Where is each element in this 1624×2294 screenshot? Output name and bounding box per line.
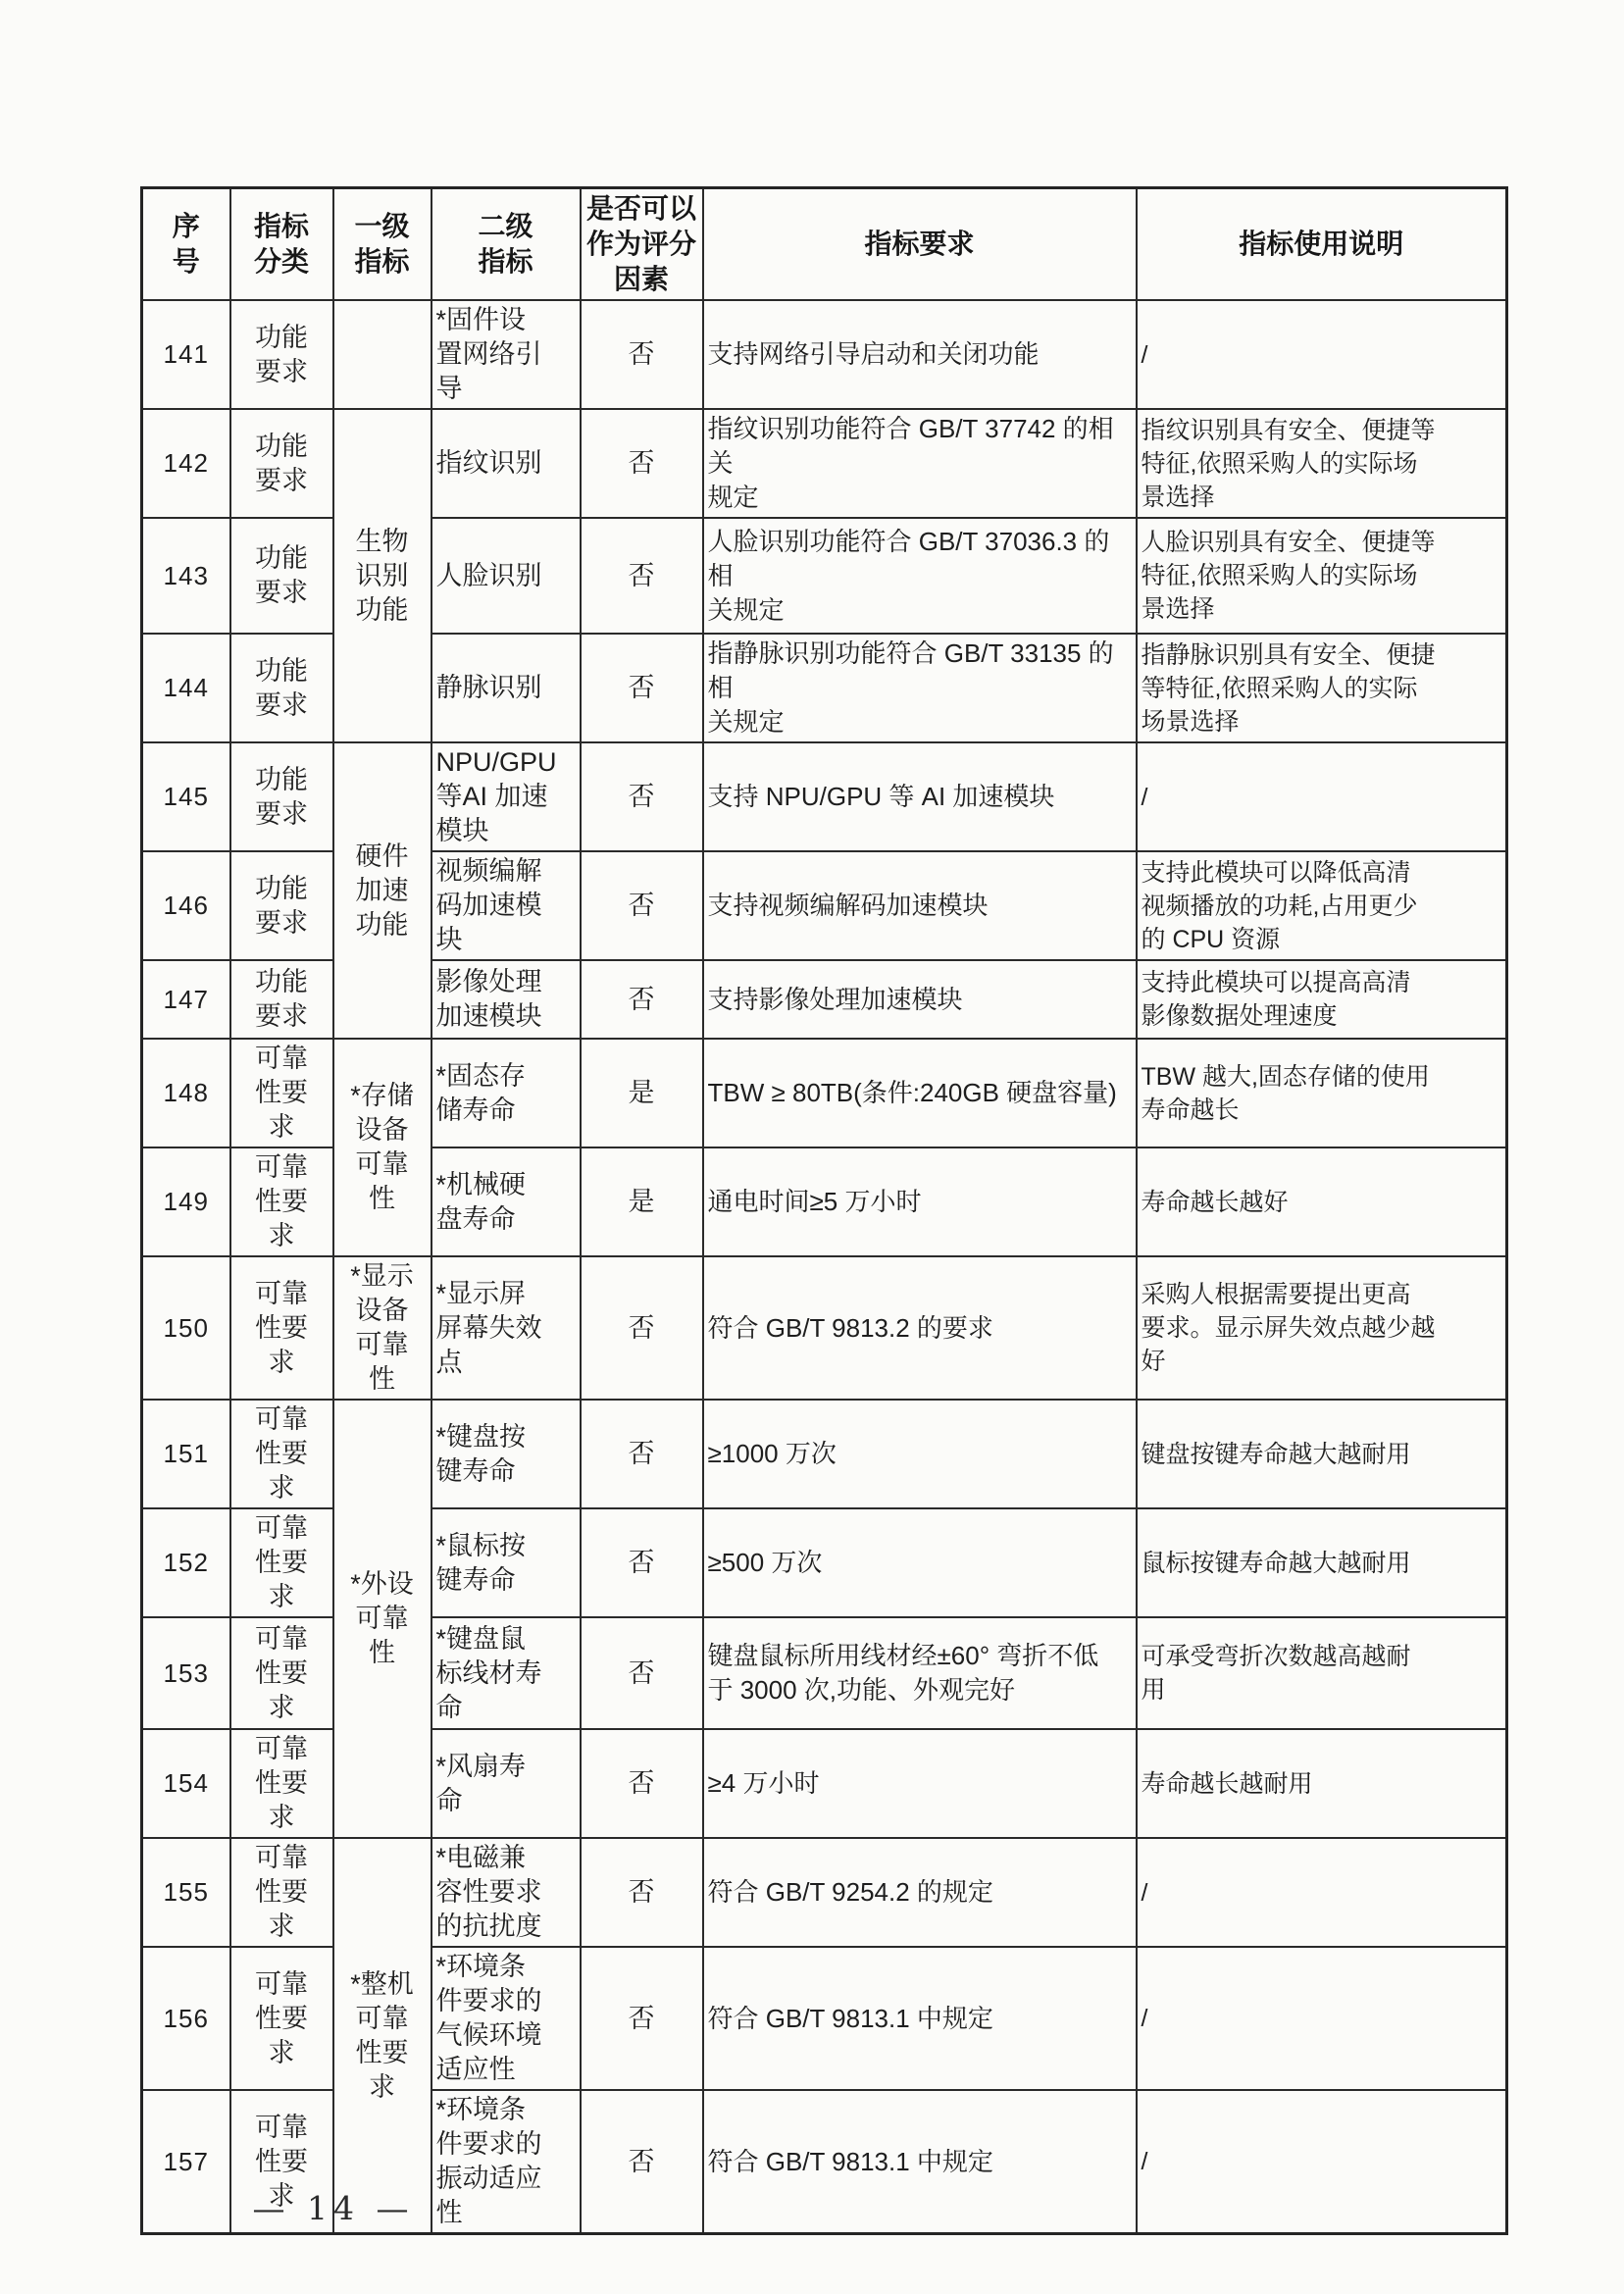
- category-cell: 可靠 性要 求: [230, 1617, 333, 1729]
- table-row: 151 可靠 性要 求 *外设 可靠 性 *键盘按 键寿命 否 ≥1000 万次…: [142, 1400, 1507, 1508]
- col-header-scoring: 是否可以 作为评分 因素: [581, 188, 703, 301]
- usage-cell: 寿命越长越耐用: [1137, 1729, 1507, 1838]
- usage-cell: 采购人根据需要提出更高 要求。显示屏失效点越少越 好: [1137, 1256, 1507, 1400]
- level2-cell: *固态存 储寿命: [431, 1039, 581, 1147]
- serial-cell: 146: [142, 851, 230, 960]
- level1-cell-display: *显示 设备 可靠 性: [333, 1256, 431, 1400]
- scoring-cell: 是: [581, 1147, 703, 1256]
- requirement-cell: 人脸识别功能符合 GB/T 37036.3 的相 关规定: [703, 518, 1137, 634]
- requirement-cell: 符合 GB/T 9813.1 中规定: [703, 1947, 1137, 2090]
- category-cell: 可靠 性要 求: [230, 1256, 333, 1400]
- col-header-requirement: 指标要求: [703, 188, 1137, 301]
- level1-cell-whole-machine: *整机 可靠 性要 求: [333, 1838, 431, 2234]
- level2-cell: NPU/GPU 等AI 加速 模块: [431, 742, 581, 851]
- requirement-cell: 键盘鼠标所用线材经±60° 弯折不低 于 3000 次,功能、外观完好: [703, 1617, 1137, 1729]
- level2-cell: *环境条 件要求的 气候环境 适应性: [431, 1947, 581, 2090]
- requirement-cell: 支持网络引导启动和关闭功能: [703, 300, 1137, 409]
- scoring-cell: 否: [581, 1400, 703, 1508]
- category-cell: 可靠 性要 求: [230, 1947, 333, 2090]
- usage-cell: /: [1137, 2090, 1507, 2234]
- scoring-cell: 否: [581, 634, 703, 742]
- usage-cell: 指纹识别具有安全、便捷等 特征,依照采购人的实际场 景选择: [1137, 409, 1507, 518]
- serial-cell: 141: [142, 300, 230, 409]
- table-row: 150 可靠 性要 求 *显示 设备 可靠 性 *显示屏 屏幕失效 点 否 符合…: [142, 1256, 1507, 1400]
- level2-cell: *键盘按 键寿命: [431, 1400, 581, 1508]
- category-cell: 功能 要求: [230, 518, 333, 634]
- level2-cell: 影像处理 加速模块: [431, 960, 581, 1039]
- level2-cell: 指纹识别: [431, 409, 581, 518]
- category-cell: 可靠 性要 求: [230, 1147, 333, 1256]
- scoring-cell: 否: [581, 1729, 703, 1838]
- page-number: — 14 —: [235, 2189, 431, 2227]
- serial-cell: 152: [142, 1508, 230, 1617]
- serial-cell: 148: [142, 1039, 230, 1147]
- requirement-cell: 支持影像处理加速模块: [703, 960, 1137, 1039]
- scoring-cell: 否: [581, 1947, 703, 2090]
- level1-cell-storage: *存储 设备 可靠 性: [333, 1039, 431, 1256]
- serial-cell: 142: [142, 409, 230, 518]
- scoring-cell: 是: [581, 1039, 703, 1147]
- requirement-cell: 符合 GB/T 9813.1 中规定: [703, 2090, 1137, 2234]
- level2-cell: 静脉识别: [431, 634, 581, 742]
- usage-cell: 可承受弯折次数越高越耐 用: [1137, 1617, 1507, 1729]
- requirement-cell: ≥4 万小时: [703, 1729, 1137, 1838]
- category-cell: 可靠 性要 求: [230, 1039, 333, 1147]
- serial-cell: 143: [142, 518, 230, 634]
- usage-cell: /: [1137, 1838, 1507, 1947]
- level1-cell-hw-accel: 硬件 加速 功能: [333, 742, 431, 1039]
- serial-cell: 145: [142, 742, 230, 851]
- level2-cell: *风扇寿 命: [431, 1729, 581, 1838]
- usage-cell: 指静脉识别具有安全、便捷 等特征,依照采购人的实际 场景选择: [1137, 634, 1507, 742]
- level2-cell: *机械硬 盘寿命: [431, 1147, 581, 1256]
- table-row: 141 功能 要求 *固件设 置网络引 导 否 支持网络引导启动和关闭功能 /: [142, 300, 1507, 409]
- level1-cell-peripheral: *外设 可靠 性: [333, 1400, 431, 1838]
- scoring-cell: 否: [581, 1838, 703, 1947]
- scoring-cell: 否: [581, 518, 703, 634]
- serial-cell: 149: [142, 1147, 230, 1256]
- level2-cell: *环境条 件要求的 振动适应 性: [431, 2090, 581, 2234]
- category-cell: 可靠 性要 求: [230, 1508, 333, 1617]
- category-cell: 可靠 性要 求: [230, 1838, 333, 1947]
- requirement-cell: 指静脉识别功能符合 GB/T 33135 的相 关规定: [703, 634, 1137, 742]
- level1-cell: [333, 300, 431, 409]
- serial-cell: 156: [142, 1947, 230, 2090]
- table-row: 155 可靠 性要 求 *整机 可靠 性要 求 *电磁兼 容性要求 的抗扰度 否…: [142, 1838, 1507, 1947]
- requirement-cell: TBW ≥ 80TB(条件:240GB 硬盘容量): [703, 1039, 1137, 1147]
- requirement-cell: ≥500 万次: [703, 1508, 1137, 1617]
- serial-cell: 157: [142, 2090, 230, 2234]
- serial-cell: 144: [142, 634, 230, 742]
- category-cell: 功能 要求: [230, 851, 333, 960]
- category-cell: 功能 要求: [230, 300, 333, 409]
- requirement-cell: 指纹识别功能符合 GB/T 37742 的相关 规定: [703, 409, 1137, 518]
- requirement-cell: 符合 GB/T 9254.2 的规定: [703, 1838, 1137, 1947]
- level2-cell: 人脸识别: [431, 518, 581, 634]
- usage-cell: 键盘按键寿命越大越耐用: [1137, 1400, 1507, 1508]
- level2-cell: *显示屏 屏幕失效 点: [431, 1256, 581, 1400]
- scoring-cell: 否: [581, 1256, 703, 1400]
- table-row: 142 功能 要求 生物 识别 功能 指纹识别 否 指纹识别功能符合 GB/T …: [142, 409, 1507, 518]
- col-header-level2: 二级 指标: [431, 188, 581, 301]
- usage-cell: /: [1137, 742, 1507, 851]
- usage-cell: TBW 越大,固态存储的使用 寿命越长: [1137, 1039, 1507, 1147]
- scoring-cell: 否: [581, 851, 703, 960]
- table-row: 145 功能 要求 硬件 加速 功能 NPU/GPU 等AI 加速 模块 否 支…: [142, 742, 1507, 851]
- requirement-cell: 符合 GB/T 9813.2 的要求: [703, 1256, 1137, 1400]
- usage-cell: /: [1137, 300, 1507, 409]
- usage-cell: /: [1137, 1947, 1507, 2090]
- scoring-cell: 否: [581, 1508, 703, 1617]
- requirement-cell: 支持视频编解码加速模块: [703, 851, 1137, 960]
- usage-cell: 支持此模块可以降低高清 视频播放的功耗,占用更少 的 CPU 资源: [1137, 851, 1507, 960]
- scoring-cell: 否: [581, 2090, 703, 2234]
- col-header-usage: 指标使用说明: [1137, 188, 1507, 301]
- category-cell: 功能 要求: [230, 742, 333, 851]
- indicator-table: 序 号 指标 分类 一级 指标 二级 指标 是否可以 作为评分 因素 指标要求 …: [140, 186, 1508, 2235]
- usage-cell: 人脸识别具有安全、便捷等 特征,依照采购人的实际场 景选择: [1137, 518, 1507, 634]
- level1-cell-biometric: 生物 识别 功能: [333, 409, 431, 742]
- scoring-cell: 否: [581, 742, 703, 851]
- header-row: 序 号 指标 分类 一级 指标 二级 指标 是否可以 作为评分 因素 指标要求 …: [142, 188, 1507, 301]
- requirement-cell: 支持 NPU/GPU 等 AI 加速模块: [703, 742, 1137, 851]
- category-cell: 可靠 性要 求: [230, 1729, 333, 1838]
- table-row: 148 可靠 性要 求 *存储 设备 可靠 性 *固态存 储寿命 是 TBW ≥…: [142, 1039, 1507, 1147]
- col-header-level1: 一级 指标: [333, 188, 431, 301]
- serial-cell: 151: [142, 1400, 230, 1508]
- category-cell: 可靠 性要 求: [230, 1400, 333, 1508]
- scoring-cell: 否: [581, 1617, 703, 1729]
- level2-cell: *键盘鼠 标线材寿 命: [431, 1617, 581, 1729]
- scoring-cell: 否: [581, 409, 703, 518]
- category-cell: 功能 要求: [230, 409, 333, 518]
- category-cell: 功能 要求: [230, 634, 333, 742]
- serial-cell: 153: [142, 1617, 230, 1729]
- col-header-category: 指标 分类: [230, 188, 333, 301]
- requirement-cell: 通电时间≥5 万小时: [703, 1147, 1137, 1256]
- serial-cell: 155: [142, 1838, 230, 1947]
- usage-cell: 寿命越长越好: [1137, 1147, 1507, 1256]
- level2-cell: *固件设 置网络引 导: [431, 300, 581, 409]
- category-cell: 功能 要求: [230, 960, 333, 1039]
- level2-cell: *鼠标按 键寿命: [431, 1508, 581, 1617]
- level2-cell: 视频编解 码加速模 块: [431, 851, 581, 960]
- usage-cell: 支持此模块可以提高高清 影像数据处理速度: [1137, 960, 1507, 1039]
- scoring-cell: 否: [581, 300, 703, 409]
- col-header-serial: 序 号: [142, 188, 230, 301]
- serial-cell: 147: [142, 960, 230, 1039]
- document-page: 序 号 指标 分类 一级 指标 二级 指标 是否可以 作为评分 因素 指标要求 …: [0, 0, 1624, 2294]
- requirement-cell: ≥1000 万次: [703, 1400, 1137, 1508]
- level2-cell: *电磁兼 容性要求 的抗扰度: [431, 1838, 581, 1947]
- serial-cell: 150: [142, 1256, 230, 1400]
- usage-cell: 鼠标按键寿命越大越耐用: [1137, 1508, 1507, 1617]
- scoring-cell: 否: [581, 960, 703, 1039]
- serial-cell: 154: [142, 1729, 230, 1838]
